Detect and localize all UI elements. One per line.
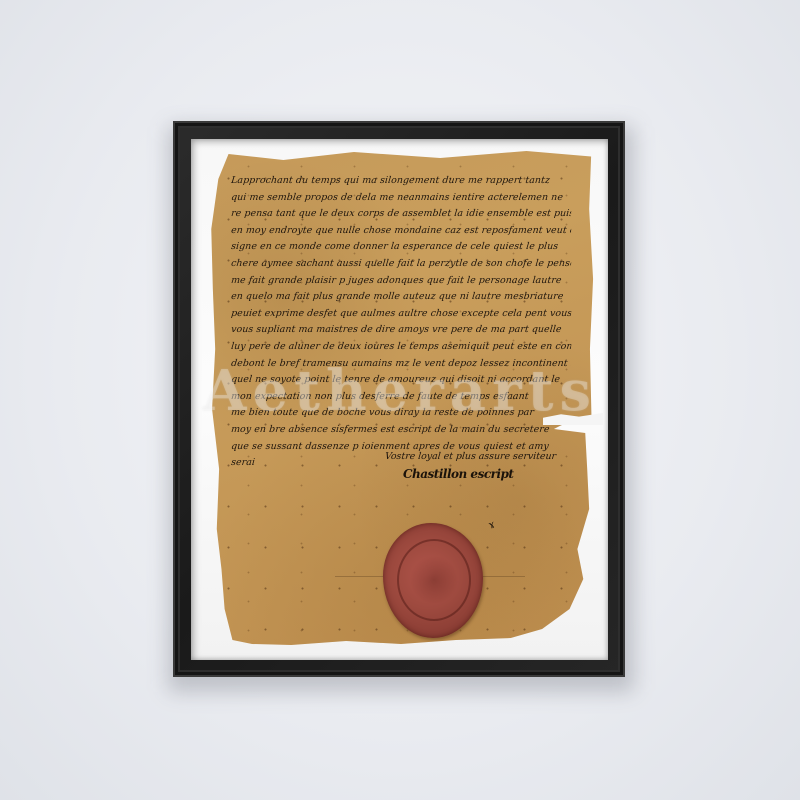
watermark-text: Aetherarts bbox=[0, 358, 800, 424]
letter-line: peuiet exprime desfet que aulmes aultre … bbox=[230, 306, 572, 323]
wax-seal-icon bbox=[383, 523, 483, 638]
letter-line: en quelo ma fait plus grande molle auteu… bbox=[230, 289, 572, 306]
letter-line: signe en ce monde come donner la esperan… bbox=[230, 239, 572, 256]
letter-line: qui me semble propos de dela me neanmain… bbox=[230, 190, 572, 207]
letter-body: Lapprochant du temps qui ma silongement … bbox=[231, 173, 571, 472]
letter-line: re pensa tant que le deux corps de assem… bbox=[230, 206, 572, 223]
letter-signature: Chastillon escript bbox=[403, 467, 513, 481]
letter-closing: Vostre loyal et plus assure serviteur bbox=[384, 451, 556, 462]
letter-line: vous supliant ma maistres de dire amoys … bbox=[230, 322, 572, 339]
letter-line: Lapprochant du temps qui ma silongement … bbox=[230, 173, 572, 190]
letter-line: me fait grande plaisir p juges adonques … bbox=[230, 273, 572, 290]
letter-line: moy en bre absence sisfermes est escript… bbox=[230, 422, 572, 439]
letter-line: luy pere de aluner de deux ioures le tem… bbox=[230, 339, 572, 356]
letter-line: chere aymee sachant aussi quelle fait la… bbox=[230, 256, 572, 273]
letter-line: en moy endroyte que nulle chose mondaine… bbox=[230, 223, 572, 240]
